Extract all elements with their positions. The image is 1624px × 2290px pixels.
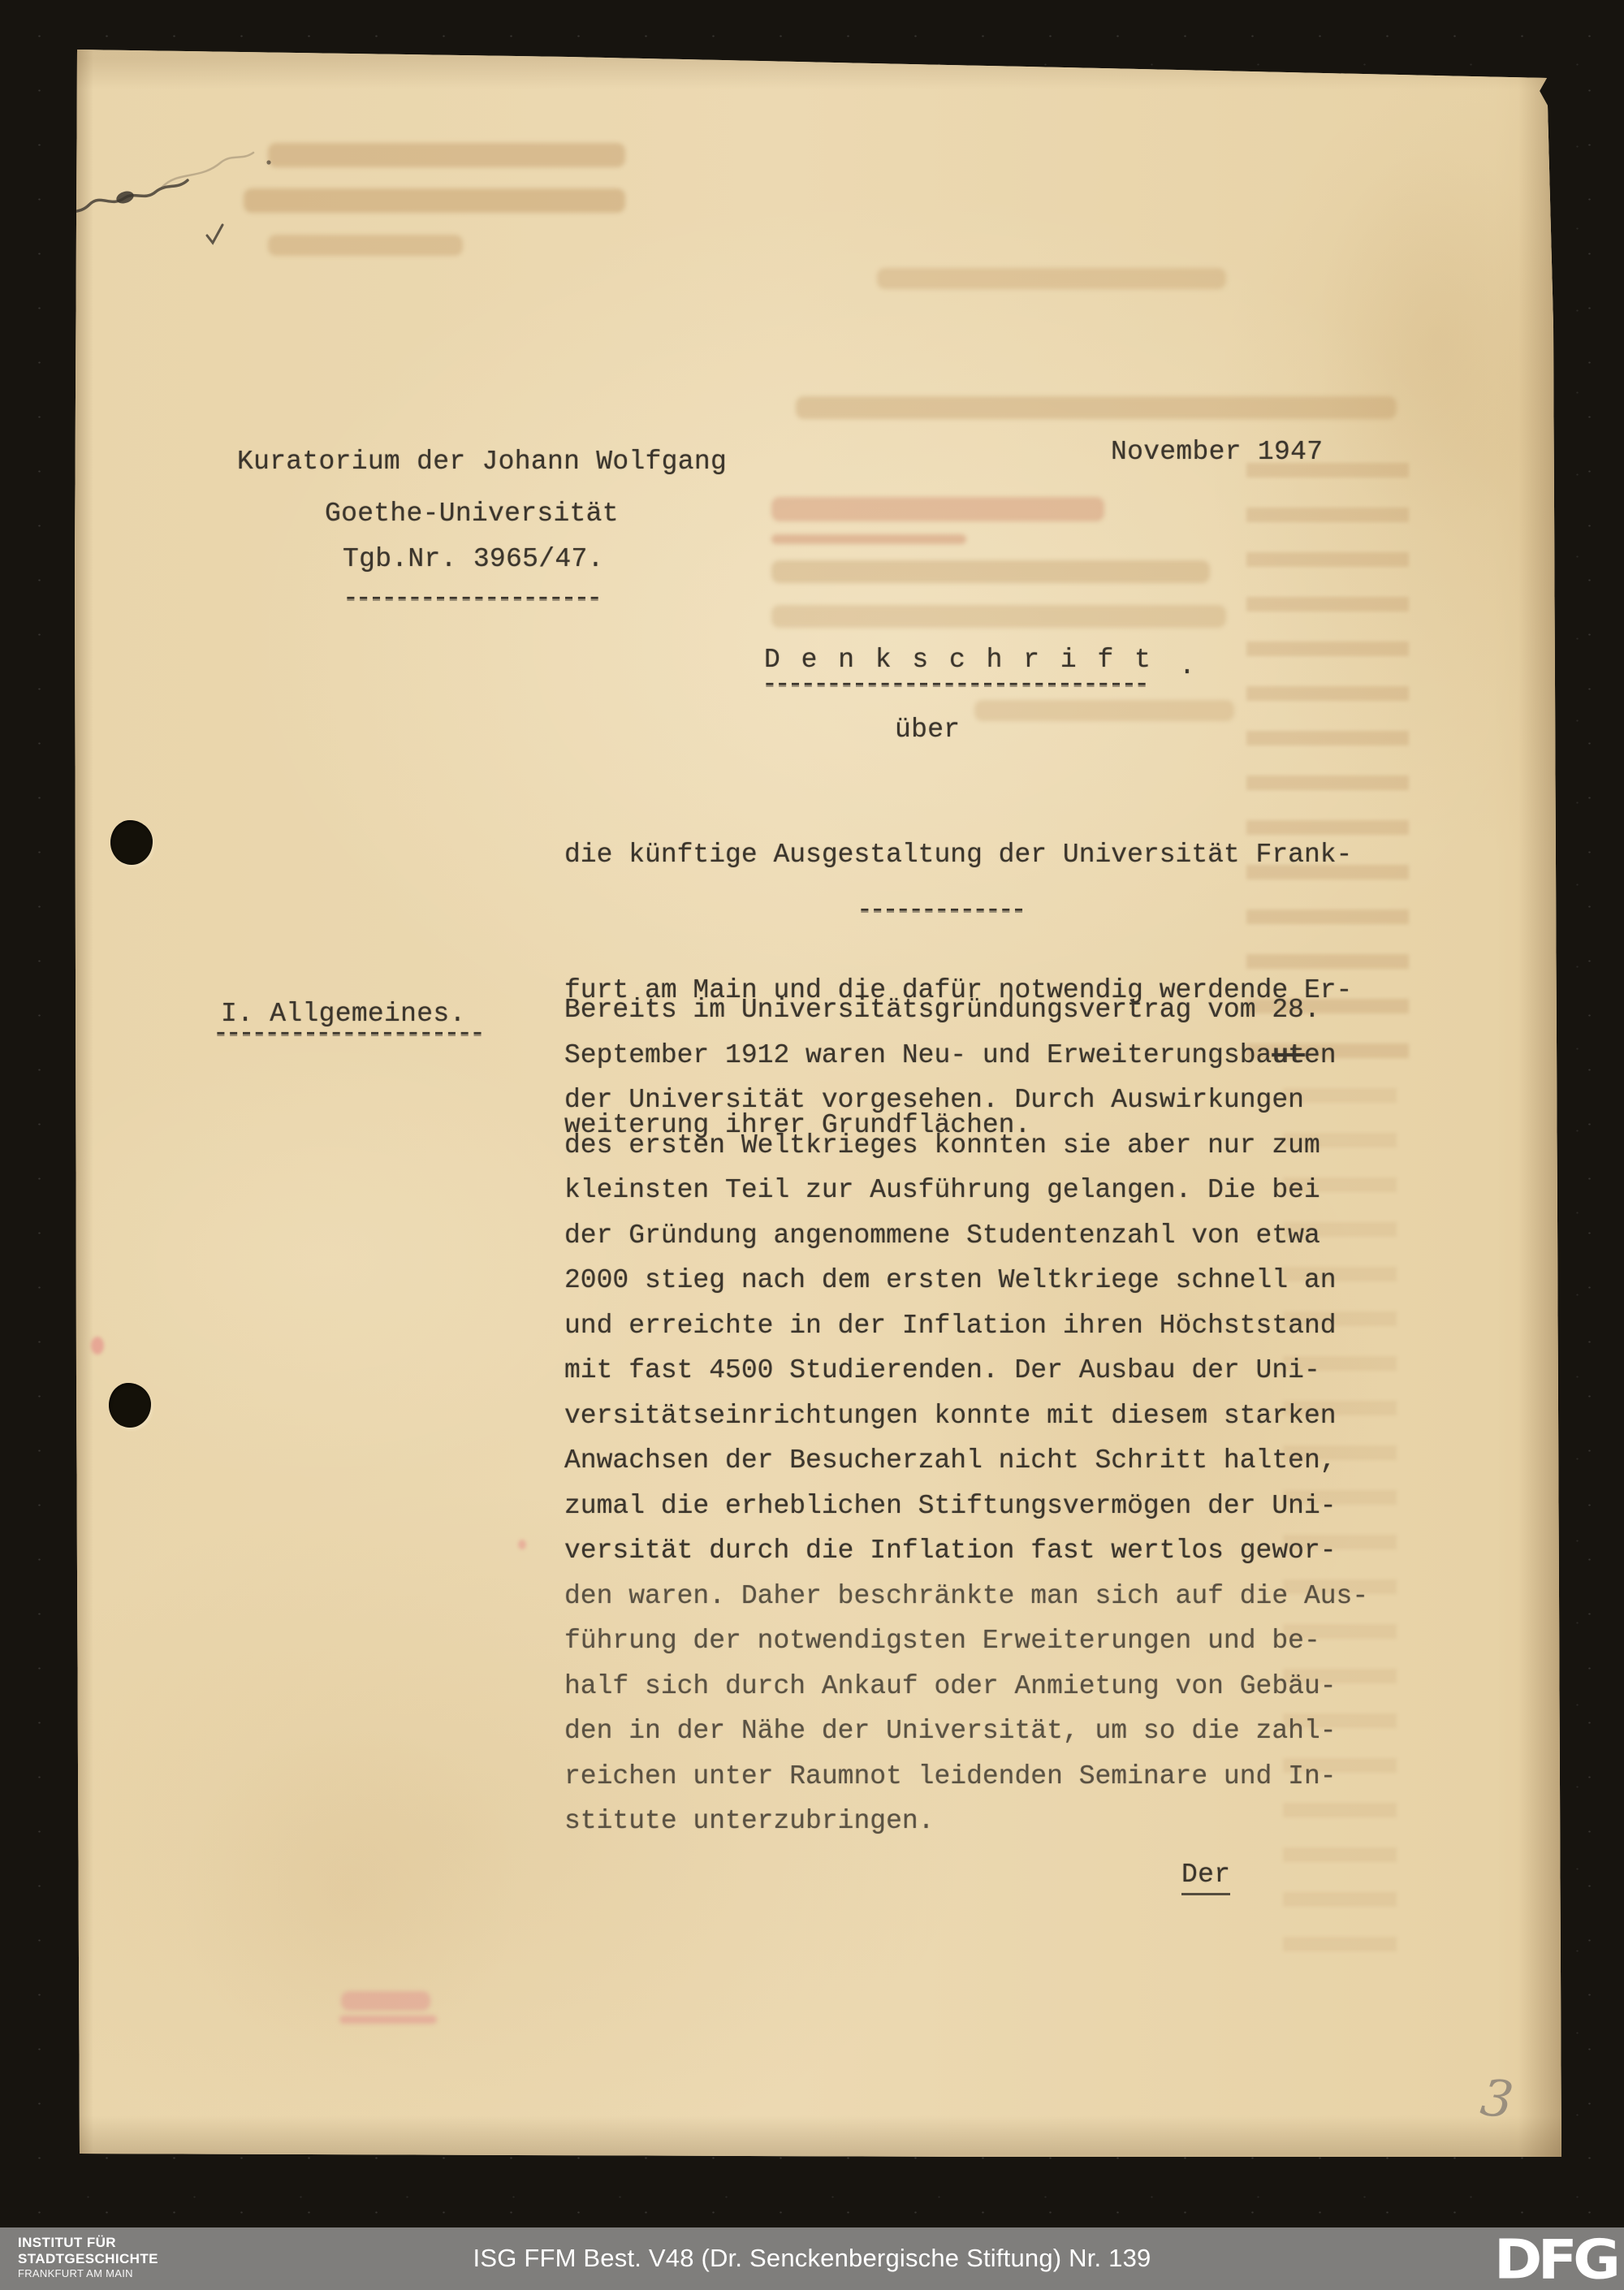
body-line: führung der notwendigsten Erweiterungen … (564, 1618, 1401, 1664)
catchword: Der (1181, 1858, 1230, 1891)
body-line: Bereits im Universitätsgründungsvertrag … (564, 987, 1401, 1033)
body-line: kleinsten Teil zur Ausführung gelangen. … (564, 1168, 1401, 1213)
body-line: zumal die erheblichen Stiftungsvermögen … (564, 1484, 1401, 1529)
pink-speck (518, 1540, 526, 1549)
title-underline: ------------------------------ (762, 668, 1147, 701)
body-line: half sich durch Ankauf oder Anmietung vo… (564, 1664, 1401, 1709)
paper-stain (1315, 146, 1559, 536)
pink-speck (91, 1337, 104, 1355)
reference-number: Tgb.Nr. 3965/47. (343, 542, 604, 576)
document-page: Kuratorium der Johann Wolfgang Goethe-Un… (0, 0, 1624, 2290)
bleed-through-mark (339, 2016, 437, 2024)
punch-hole (110, 820, 153, 865)
punch-hole (109, 1383, 151, 1428)
body-line: versitätseinrichtungen konnte mit diesem… (564, 1393, 1401, 1439)
pencil-page-number: 3 (1478, 2067, 1517, 2130)
body-line: versität durch die Inflation fast wertlo… (564, 1528, 1401, 1574)
dfg-logo: DFG (1494, 2229, 1617, 2290)
bleed-through-mark (341, 1991, 430, 2011)
body-line: stitute unterzubringen. (564, 1799, 1401, 1844)
body-line: 2000 stieg nach dem ersten Weltkriege sc… (564, 1258, 1401, 1303)
bleed-through-mark (771, 560, 1210, 583)
bleed-through-mark (771, 497, 1104, 521)
bleed-through-mark (771, 605, 1226, 628)
bleed-through-mark (268, 143, 625, 167)
subject-line: die künftige Ausgestaltung der Universit… (564, 832, 1352, 878)
body-line: reichen unter Raumnot leidenden Seminare… (564, 1754, 1401, 1800)
body-line: den in der Nähe der Universität, um so d… (564, 1709, 1401, 1754)
scan-background: Kuratorium der Johann Wolfgang Goethe-Un… (0, 0, 1624, 2290)
bleed-through-mark (268, 235, 463, 256)
title-period: . (1179, 650, 1195, 683)
document-date: November 1947 (1111, 435, 1323, 469)
letterhead-line1: Kuratorium der Johann Wolfgang (237, 445, 727, 478)
reference-underline: -------------------- (343, 581, 599, 615)
overstruck-text: ut (1272, 1040, 1304, 1070)
body-line: und erreichte in der Inflation ihren Höc… (564, 1303, 1401, 1349)
archive-footer-bar: INSTITUT FÜR STADTGESCHICHTE FRANKFURT A… (0, 2227, 1624, 2290)
letterhead-line2: Goethe-Universität (325, 497, 619, 530)
body-line: September 1912 waren Neu- und Erweiterun… (564, 1033, 1401, 1078)
body-text: Bereits im Universitätsgründungsvertrag … (564, 987, 1401, 1844)
body-line: der Universität vorgesehen. Durch Auswir… (564, 1078, 1401, 1123)
bleed-through-mark (877, 268, 1226, 289)
bleed-through-mark (771, 534, 966, 544)
section-divider: ------------- (857, 893, 1023, 927)
archive-reference: ISG FFM Best. V48 (Dr. Senckenbergische … (0, 2244, 1624, 2273)
bleed-through-mark (244, 188, 625, 213)
body-line: den waren. Daher beschränkte man sich au… (564, 1574, 1401, 1619)
body-line: mit fast 4500 Studierenden. Der Ausbau d… (564, 1348, 1401, 1393)
section-heading-underline: --------------------- (213, 1017, 482, 1050)
body-line: der Gründung angenommene Studentenzahl v… (564, 1213, 1401, 1259)
paper-stain (179, 1722, 520, 2063)
body-line: des ersten Weltkrieges konnten sie aber … (564, 1123, 1401, 1169)
bleed-through-mark (796, 396, 1397, 419)
catchword-text: Der (1181, 1860, 1230, 1895)
bleed-through-mark (974, 700, 1234, 721)
body-line: Anwachsen der Besucherzahl nicht Schritt… (564, 1438, 1401, 1484)
handwritten-scribble (41, 114, 284, 252)
